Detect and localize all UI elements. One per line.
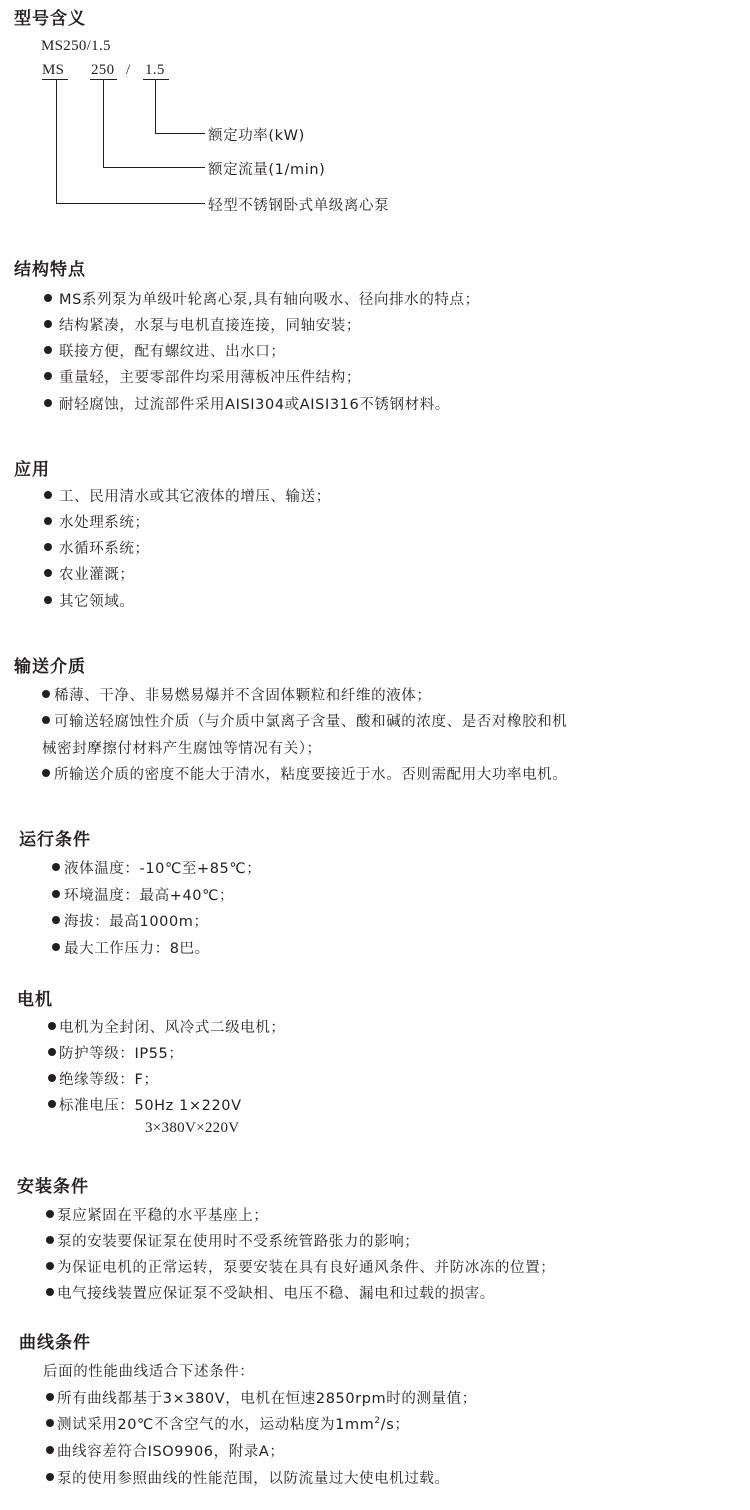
operation-item: 最大工作压力：8巴。 xyxy=(52,937,210,958)
medium-item: 稀薄、干净、非易燃易爆并不含固体颗粒和纤维的液体； xyxy=(42,684,432,705)
label-power: 额定功率(kW) xyxy=(208,124,305,145)
bullet-icon xyxy=(44,517,52,525)
bullet-icon xyxy=(52,943,60,951)
bullet-icon xyxy=(44,346,52,354)
structure-item: 重量轻，主要零部件均采用薄板冲压件结构； xyxy=(44,366,361,387)
bullet-icon xyxy=(44,372,52,380)
application-item: 其它领域。 xyxy=(44,590,135,611)
model-part-ms: MS xyxy=(42,62,64,79)
curves-intro: 后面的性能曲线适合下述条件： xyxy=(43,1360,254,1381)
motor-item: 绝缘等级：F； xyxy=(48,1068,159,1089)
operation-item: 环境温度：最高+40℃； xyxy=(52,884,234,905)
underline-ms xyxy=(42,79,68,80)
application-item: 农业灌溉； xyxy=(44,563,135,584)
connector-type-vertical xyxy=(56,80,57,204)
installation-item: 为保证电机的正常运转，泵要安装在具有良好通风条件、并防冰冻的位置； xyxy=(46,1256,555,1277)
underline-power xyxy=(143,79,169,80)
bullet-icon xyxy=(48,1022,56,1030)
operation-title: 运行条件 xyxy=(19,825,91,850)
connector-flow-horizontal xyxy=(103,167,205,168)
model-part-power: 1.5 xyxy=(145,62,165,79)
bullet-icon xyxy=(46,1419,54,1427)
connector-flow-vertical xyxy=(103,80,104,168)
structure-item: 耐轻腐蚀，过流部件采用AISI304或AISI316不锈钢材料。 xyxy=(44,393,450,414)
bullet-icon xyxy=(46,1288,54,1296)
medium-item-continued: 械密封摩擦付材料产生腐蚀等情况有关）； xyxy=(42,737,322,758)
curves-item: 泵的使用参照曲线的性能范围，以防流量过大使电机过载。 xyxy=(46,1467,450,1488)
model-part-slash: / xyxy=(126,62,130,79)
bullet-icon xyxy=(44,320,52,328)
bullet-icon xyxy=(44,596,52,604)
operation-item: 液体温度：-10℃至+85℃； xyxy=(52,857,261,878)
motor-title: 电机 xyxy=(17,985,53,1010)
medium-item: 所输送介质的密度不能大于清水，粘度要接近于水。否则需配用大功率电机。 xyxy=(42,763,567,784)
structure-item: 结构紧凑，水泵与电机直接连接，同轴安装； xyxy=(44,314,361,335)
installation-item: 电气接线装置应保证泵不受缺相、电压不稳、漏电和过载的损害。 xyxy=(46,1282,495,1303)
label-type: 轻型不锈钢卧式单级离心泵 xyxy=(208,194,389,215)
bullet-icon xyxy=(48,1074,56,1082)
model-code: MS250/1.5 xyxy=(41,38,111,55)
medium-title: 输送介质 xyxy=(14,652,86,677)
application-item: 工、民用清水或其它液体的增压、输送； xyxy=(44,485,331,506)
structure-item: 联接方便，配有螺纹进、出水口； xyxy=(44,340,286,361)
model-meaning-title: 型号含义 xyxy=(14,4,86,29)
medium-item: 可输送轻腐蚀性介质（与介质中氯离子含量、酸和碱的浓度、是否对橡胶和机 xyxy=(42,710,567,731)
structure-title: 结构特点 xyxy=(14,255,86,280)
bullet-icon xyxy=(48,1100,56,1108)
installation-title: 安装条件 xyxy=(17,1172,89,1197)
curves-title: 曲线条件 xyxy=(19,1328,91,1353)
motor-item: 标准电压：50Hz 1×220V xyxy=(48,1094,242,1115)
label-flow: 额定流量(1/min) xyxy=(208,158,325,179)
curves-item: 测试采用20℃不含空气的水，运动粘度为1mm2/s； xyxy=(46,1413,410,1434)
application-item: 水处理系统； xyxy=(44,511,150,532)
model-part-flow: 250 xyxy=(91,62,114,79)
application-item: 水循环系统； xyxy=(44,537,150,558)
application-title: 应用 xyxy=(14,455,50,480)
bullet-icon xyxy=(44,569,52,577)
bullet-icon xyxy=(44,294,52,302)
bullet-icon xyxy=(44,399,52,407)
bullet-icon xyxy=(42,716,50,724)
curves-item: 曲线容差符合ISO9906，附录A； xyxy=(46,1440,285,1461)
structure-item: MS系列泵为单级叶轮离心泵,具有轴向吸水、径向排水的特点； xyxy=(44,288,480,309)
curves-item: 所有曲线都基于3×380V，电机在恒速2850rpm时的测量值； xyxy=(46,1387,477,1408)
bullet-icon xyxy=(48,1048,56,1056)
bullet-icon xyxy=(52,916,60,924)
bullet-icon xyxy=(46,1210,54,1218)
installation-item: 泵的安装要保证泵在使用时不受系统管路张力的影响； xyxy=(46,1230,419,1251)
bullet-icon xyxy=(46,1446,54,1454)
motor-item: 电机为全封闭、风冷式二级电机； xyxy=(48,1016,286,1037)
bullet-icon xyxy=(46,1393,54,1401)
bullet-icon xyxy=(46,1262,54,1270)
bullet-icon xyxy=(52,890,60,898)
bullet-icon xyxy=(52,863,60,871)
motor-voltage-line2: 3×380V×220V xyxy=(145,1120,239,1137)
bullet-icon xyxy=(42,690,50,698)
bullet-icon xyxy=(42,769,50,777)
bullet-icon xyxy=(46,1236,54,1244)
connector-power-horizontal xyxy=(155,133,205,134)
motor-item: 防护等级：IP55； xyxy=(48,1042,183,1063)
installation-item: 泵应紧固在平稳的水平基座上； xyxy=(46,1204,268,1225)
operation-item: 海拔：最高1000m； xyxy=(52,910,209,931)
bullet-icon xyxy=(44,491,52,499)
connector-power-vertical xyxy=(155,80,156,134)
connector-type-horizontal xyxy=(56,203,205,204)
bullet-icon xyxy=(44,543,52,551)
bullet-icon xyxy=(46,1473,54,1481)
